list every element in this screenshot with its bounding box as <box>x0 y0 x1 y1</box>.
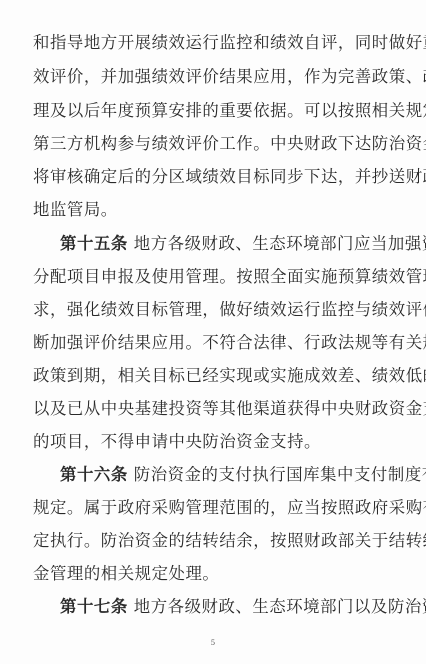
article-16-number: 第十六条 <box>60 465 128 484</box>
page-number: 5 <box>211 639 215 647</box>
paragraph-line: 政策到期，相关目标已经实现或实施成效差、绩效低的事项， <box>33 365 395 387</box>
article-17-first-line: 第十七条地方各级财政、生态环境部门以及防治资金 <box>60 596 422 618</box>
document-page: 和指导地方开展绩效运行监控和绩效自评，同时做好重点绩 效评价，并加强绩效评价结果… <box>0 0 426 664</box>
paragraph-line: 分配项目申报及使用管理。按照全面实施预算绩效管理的要 <box>33 266 395 288</box>
paragraph-line: 将审核确定后的分区域绩效目标同步下达，并抄送财政部各 <box>33 166 395 188</box>
article-17-number: 第十七条 <box>60 597 128 616</box>
paragraph-line: 地监管局。 <box>33 199 395 221</box>
article-15-text: 地方各级财政、生态环境部门应当加强资金 <box>134 234 426 253</box>
paragraph-line: 的项目，不得申请中央防治资金支持。 <box>33 431 395 453</box>
paragraph-line: 第三方机构参与绩效评价工作。中央财政下达防治资金时， <box>33 133 395 155</box>
paragraph-line: 断加强评价结果应用。不符合法律、行政法规等有关规定， <box>33 332 395 354</box>
paragraph-line: 求，强化绩效目标管理，做好绩效运行监控与绩效评价，不 <box>33 299 395 321</box>
paragraph-line: 规定。属于政府采购管理范围的，应当按照政府采购有关规 <box>33 497 395 519</box>
paragraph-line: 金管理的相关规定处理。 <box>33 563 395 585</box>
article-17-text: 地方各级财政、生态环境部门以及防治资金 <box>134 597 426 616</box>
article-15-first-line: 第十五条地方各级财政、生态环境部门应当加强资金 <box>60 233 422 255</box>
paragraph-line: 理及以后年度预算安排的重要依据。可以按照相关规定引入 <box>33 100 395 122</box>
article-15-number: 第十五条 <box>60 234 128 253</box>
paragraph-line: 和指导地方开展绩效运行监控和绩效自评，同时做好重点绩 <box>33 32 395 54</box>
paragraph-line: 定执行。防治资金的结转结余，按照财政部关于结转结余资 <box>33 530 395 552</box>
paragraph-line: 效评价，并加强绩效评价结果应用，作为完善政策、改进管 <box>33 66 395 88</box>
article-16-text: 防治资金的支付执行国库集中支付制度有关 <box>134 465 426 484</box>
paragraph-line: 以及已从中央基建投资等其他渠道获得中央财政资金支持 <box>33 398 395 420</box>
article-16-first-line: 第十六条防治资金的支付执行国库集中支付制度有关 <box>60 464 422 486</box>
